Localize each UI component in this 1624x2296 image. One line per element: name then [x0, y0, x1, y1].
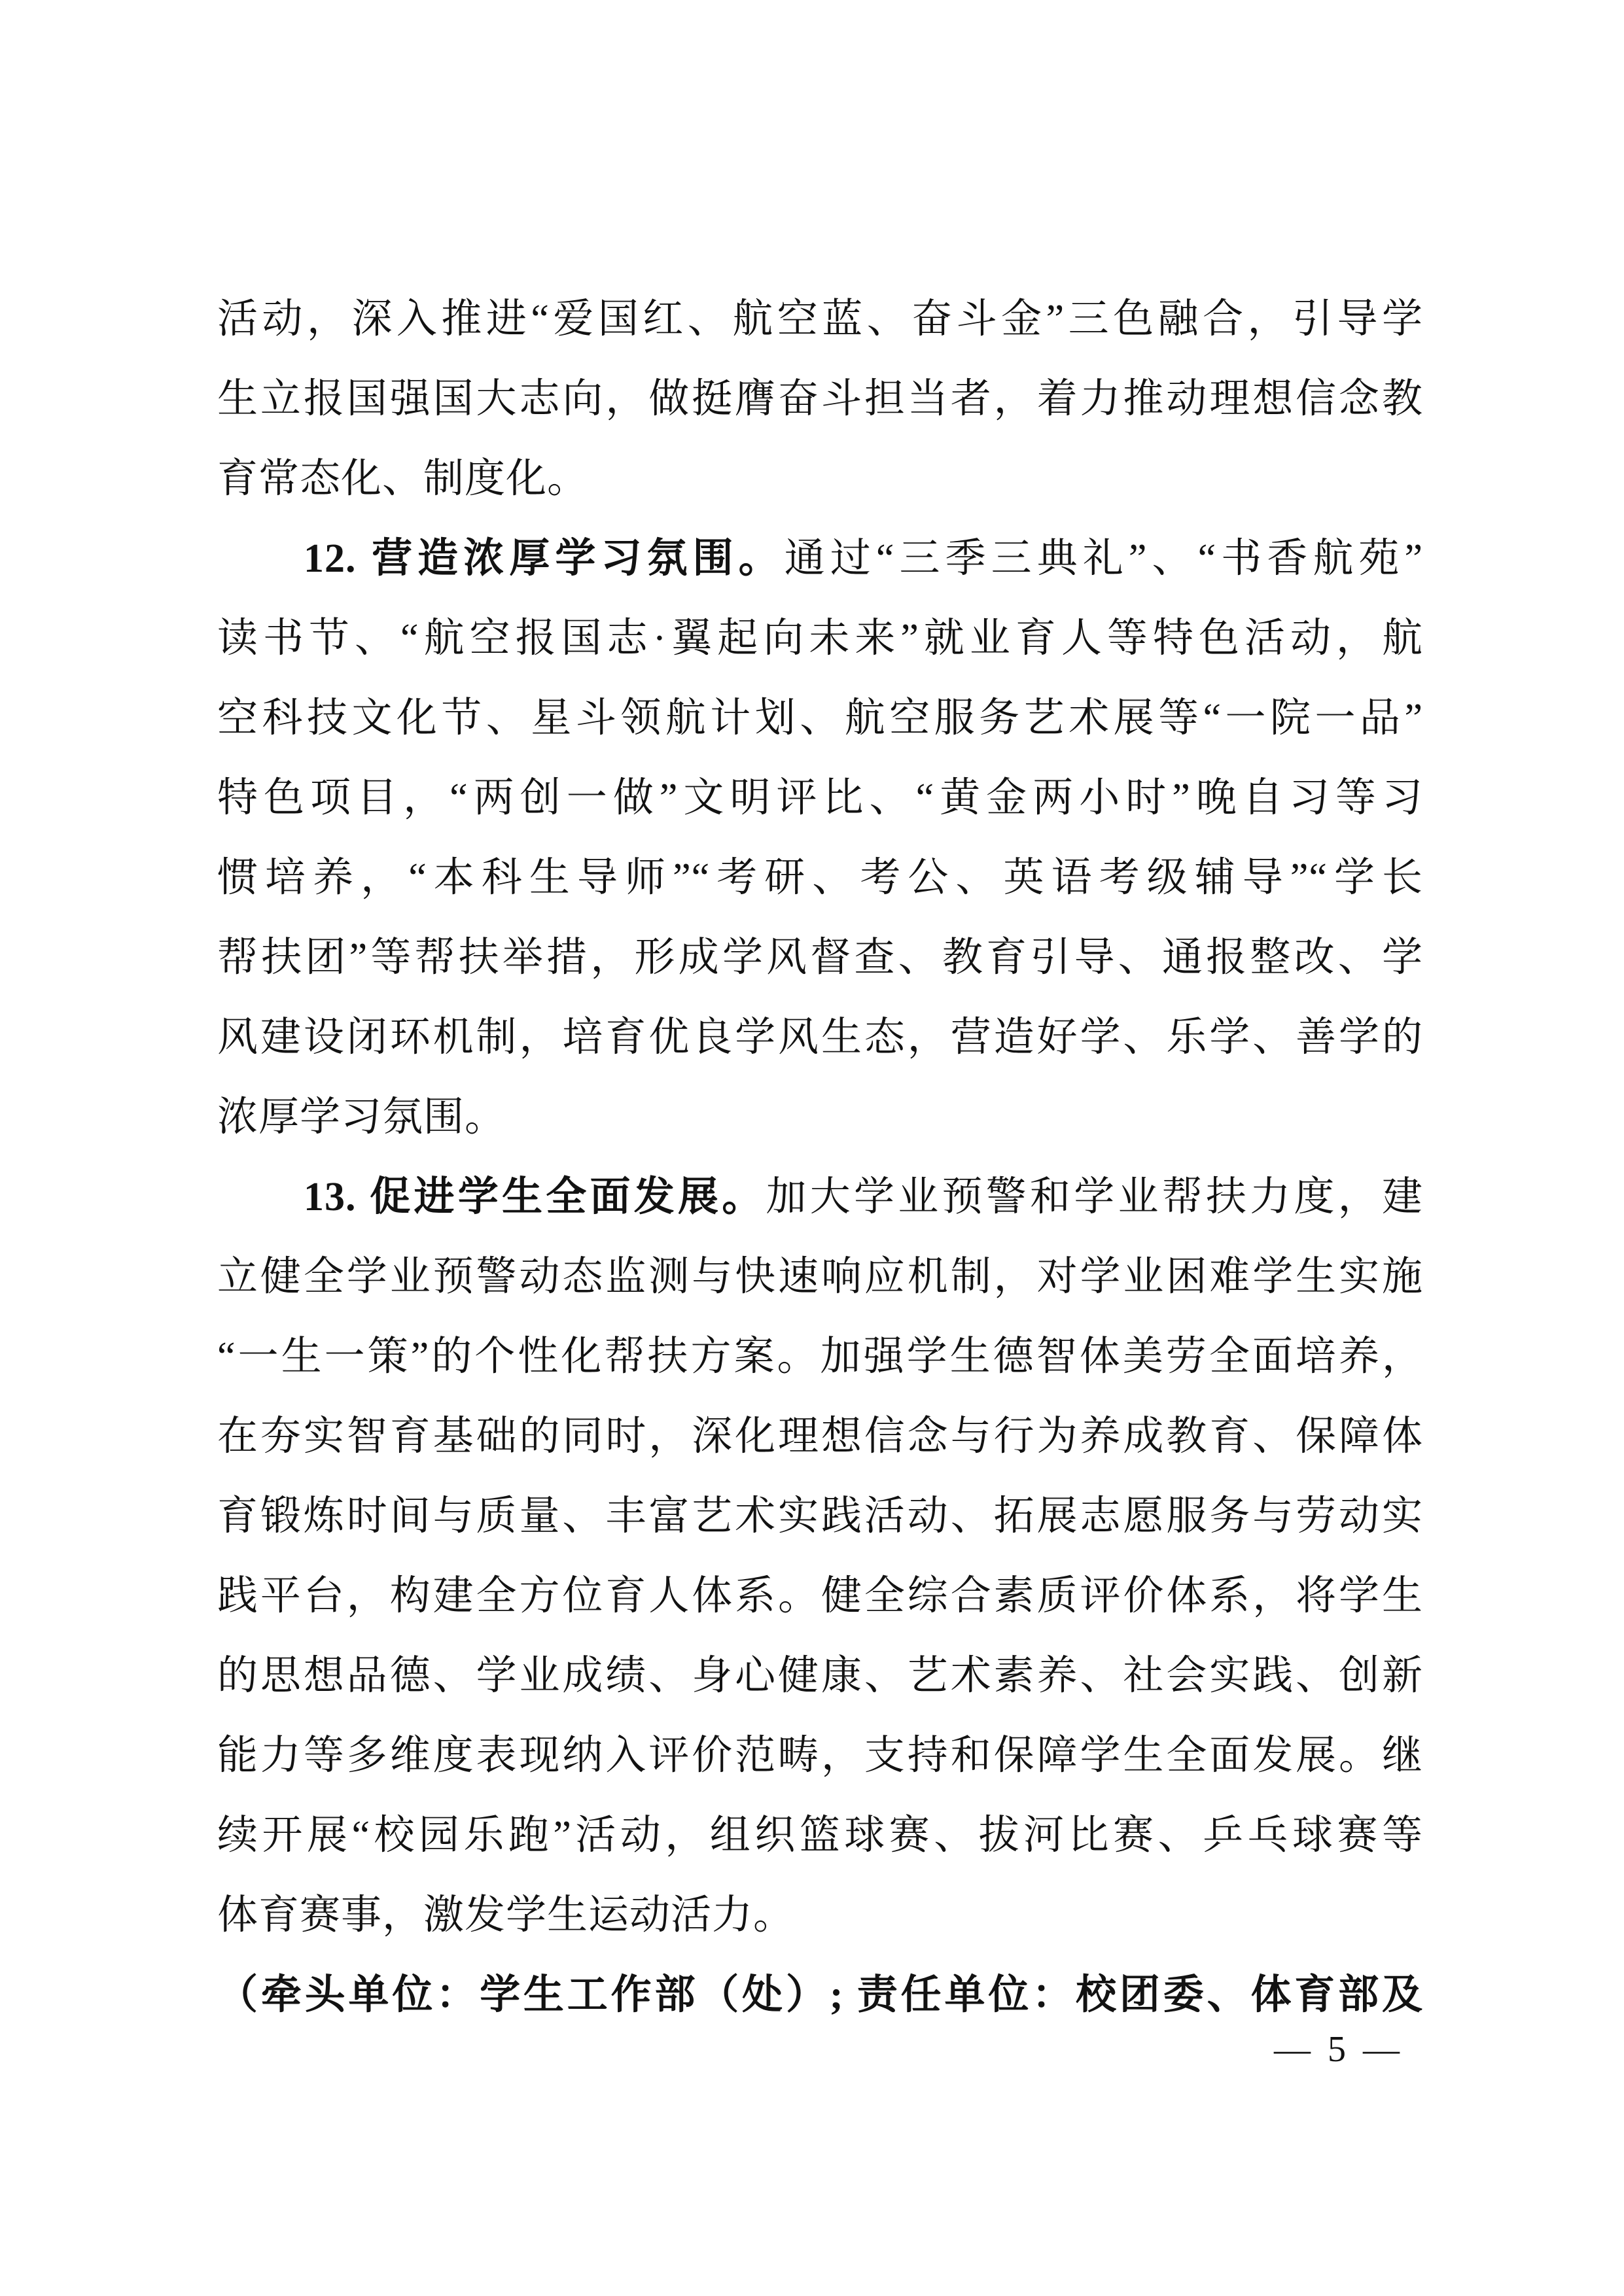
text-segment: 浓厚学习氛围。 — [217, 1095, 506, 1139]
text-segment: 体育赛事，激发学生运动活力。 — [217, 1893, 794, 1938]
text-segment: 风建设闭环机制，培育优良学风生态，营造好学、乐学、善学的 — [217, 1015, 1423, 1060]
text-line: 帮扶团”等帮扶举措，形成学风督查、教育引导、通报整改、学 — [217, 918, 1423, 998]
page-number: — 5 — — [1274, 2026, 1403, 2072]
text-line: 12. 营造浓厚学习氛围。通过“三季三典礼”、“书香航苑” — [217, 519, 1423, 599]
text-segment: 的思想品德、学业成绩、身心健康、艺术素养、社会实践、创新 — [217, 1654, 1423, 1698]
text-segment: 读书节、“航空报国志·翼起向未来”就业育人等特色活动，航 — [217, 616, 1423, 661]
text-line: 续开展“校园乐跑”活动，组织篮球赛、拔河比赛、乒乓球赛等 — [217, 1796, 1423, 1875]
text-line: 生立报国强国大志向，做挺膺奋斗担当者，着力推动理想信念教 — [217, 359, 1423, 439]
text-line: 风建设闭环机制，培育优良学风生态，营造好学、乐学、善学的 — [217, 998, 1423, 1077]
paragraph-heading-segment: （牵头单位：学生工作部（处）; 责任单位：校团委、体育部及 — [217, 1973, 1423, 2017]
text-line: 践平台，构建全方位育人体系。健全综合素质评价体系，将学生 — [217, 1556, 1423, 1636]
text-line: 体育赛事，激发学生运动活力。 — [217, 1875, 1423, 1955]
text-line: 浓厚学习氛围。 — [217, 1077, 1423, 1157]
text-line: 在夯实智育基础的同时，深化理想信念与行为养成教育、保障体 — [217, 1397, 1423, 1476]
document-body: 活动，深入推进“爱国红、航空蓝、奋斗金”三色融合，引导学生立报国强国大志向，做挺… — [217, 279, 1423, 2035]
text-line: 读书节、“航空报国志·翼起向未来”就业育人等特色活动，航 — [217, 599, 1423, 678]
text-line: 育常态化、制度化。 — [217, 439, 1423, 519]
text-segment: 立健全学业预警动态监测与快速响应机制，对学业困难学生实施 — [217, 1255, 1423, 1299]
text-segment: 帮扶团”等帮扶举措，形成学风督查、教育引导、通报整改、学 — [217, 935, 1423, 980]
text-line: 空科技文化节、星斗领航计划、航空服务艺术展等“一院一品” — [217, 678, 1423, 758]
text-segment: “一生一策”的个性化帮扶方案。加强学生德智体美劳全面培养， — [217, 1334, 1423, 1379]
text-segment: 育常态化、制度化。 — [217, 457, 588, 501]
text-segment: 生立报国强国大志向，做挺膺奋斗担当者，着力推动理想信念教 — [217, 377, 1423, 421]
text-segment: 加大学业预警和学业帮扶力度，建 — [766, 1175, 1423, 1219]
paragraph-heading-segment: 13. 促进学生全面发展。 — [304, 1175, 766, 1219]
text-segment: 践平台，构建全方位育人体系。健全综合素质评价体系，将学生 — [217, 1574, 1423, 1618]
text-line: 13. 促进学生全面发展。加大学业预警和学业帮扶力度，建 — [217, 1157, 1423, 1237]
text-line: 的思想品德、学业成绩、身心健康、艺术素养、社会实践、创新 — [217, 1636, 1423, 1716]
document-page: 活动，深入推进“爱国红、航空蓝、奋斗金”三色融合，引导学生立报国强国大志向，做挺… — [0, 0, 1624, 2296]
text-line: 特色项目，“两创一做”文明评比、“黄金两小时”晚自习等习 — [217, 758, 1423, 838]
text-line: “一生一策”的个性化帮扶方案。加强学生德智体美劳全面培养， — [217, 1317, 1423, 1397]
text-segment: 特色项目，“两创一做”文明评比、“黄金两小时”晚自习等习 — [217, 776, 1423, 820]
text-segment: 通过“三季三典礼”、“书香航苑” — [785, 536, 1423, 581]
text-line: 能力等多维度表现纳入评价范畴，支持和保障学生全面发展。继 — [217, 1716, 1423, 1796]
text-line: 惯培养，“本科生导师”“考研、考公、英语考级辅导”“学长 — [217, 838, 1423, 918]
text-segment: 活动，深入推进“爱国红、航空蓝、奋斗金”三色融合，引导学 — [217, 297, 1423, 341]
text-line: （牵头单位：学生工作部（处）; 责任单位：校团委、体育部及 — [217, 1955, 1423, 2035]
text-segment: 能力等多维度表现纳入评价范畴，支持和保障学生全面发展。继 — [217, 1733, 1423, 1778]
text-segment: 在夯实智育基础的同时，深化理想信念与行为养成教育、保障体 — [217, 1414, 1423, 1459]
paragraph-heading-segment: 12. 营造浓厚学习氛围。 — [304, 536, 785, 581]
text-line: 育锻炼时间与质量、丰富艺术实践活动、拓展志愿服务与劳动实 — [217, 1476, 1423, 1556]
text-line: 活动，深入推进“爱国红、航空蓝、奋斗金”三色融合，引导学 — [217, 279, 1423, 359]
text-segment: 空科技文化节、星斗领航计划、航空服务艺术展等“一院一品” — [217, 696, 1423, 740]
text-segment: 续开展“校园乐跑”活动，组织篮球赛、拔河比赛、乒乓球赛等 — [217, 1813, 1423, 1858]
text-segment: 育锻炼时间与质量、丰富艺术实践活动、拓展志愿服务与劳动实 — [217, 1494, 1423, 1539]
text-line: 立健全学业预警动态监测与快速响应机制，对学业困难学生实施 — [217, 1237, 1423, 1317]
text-segment: 惯培养，“本科生导师”“考研、考公、英语考级辅导”“学长 — [217, 856, 1423, 900]
